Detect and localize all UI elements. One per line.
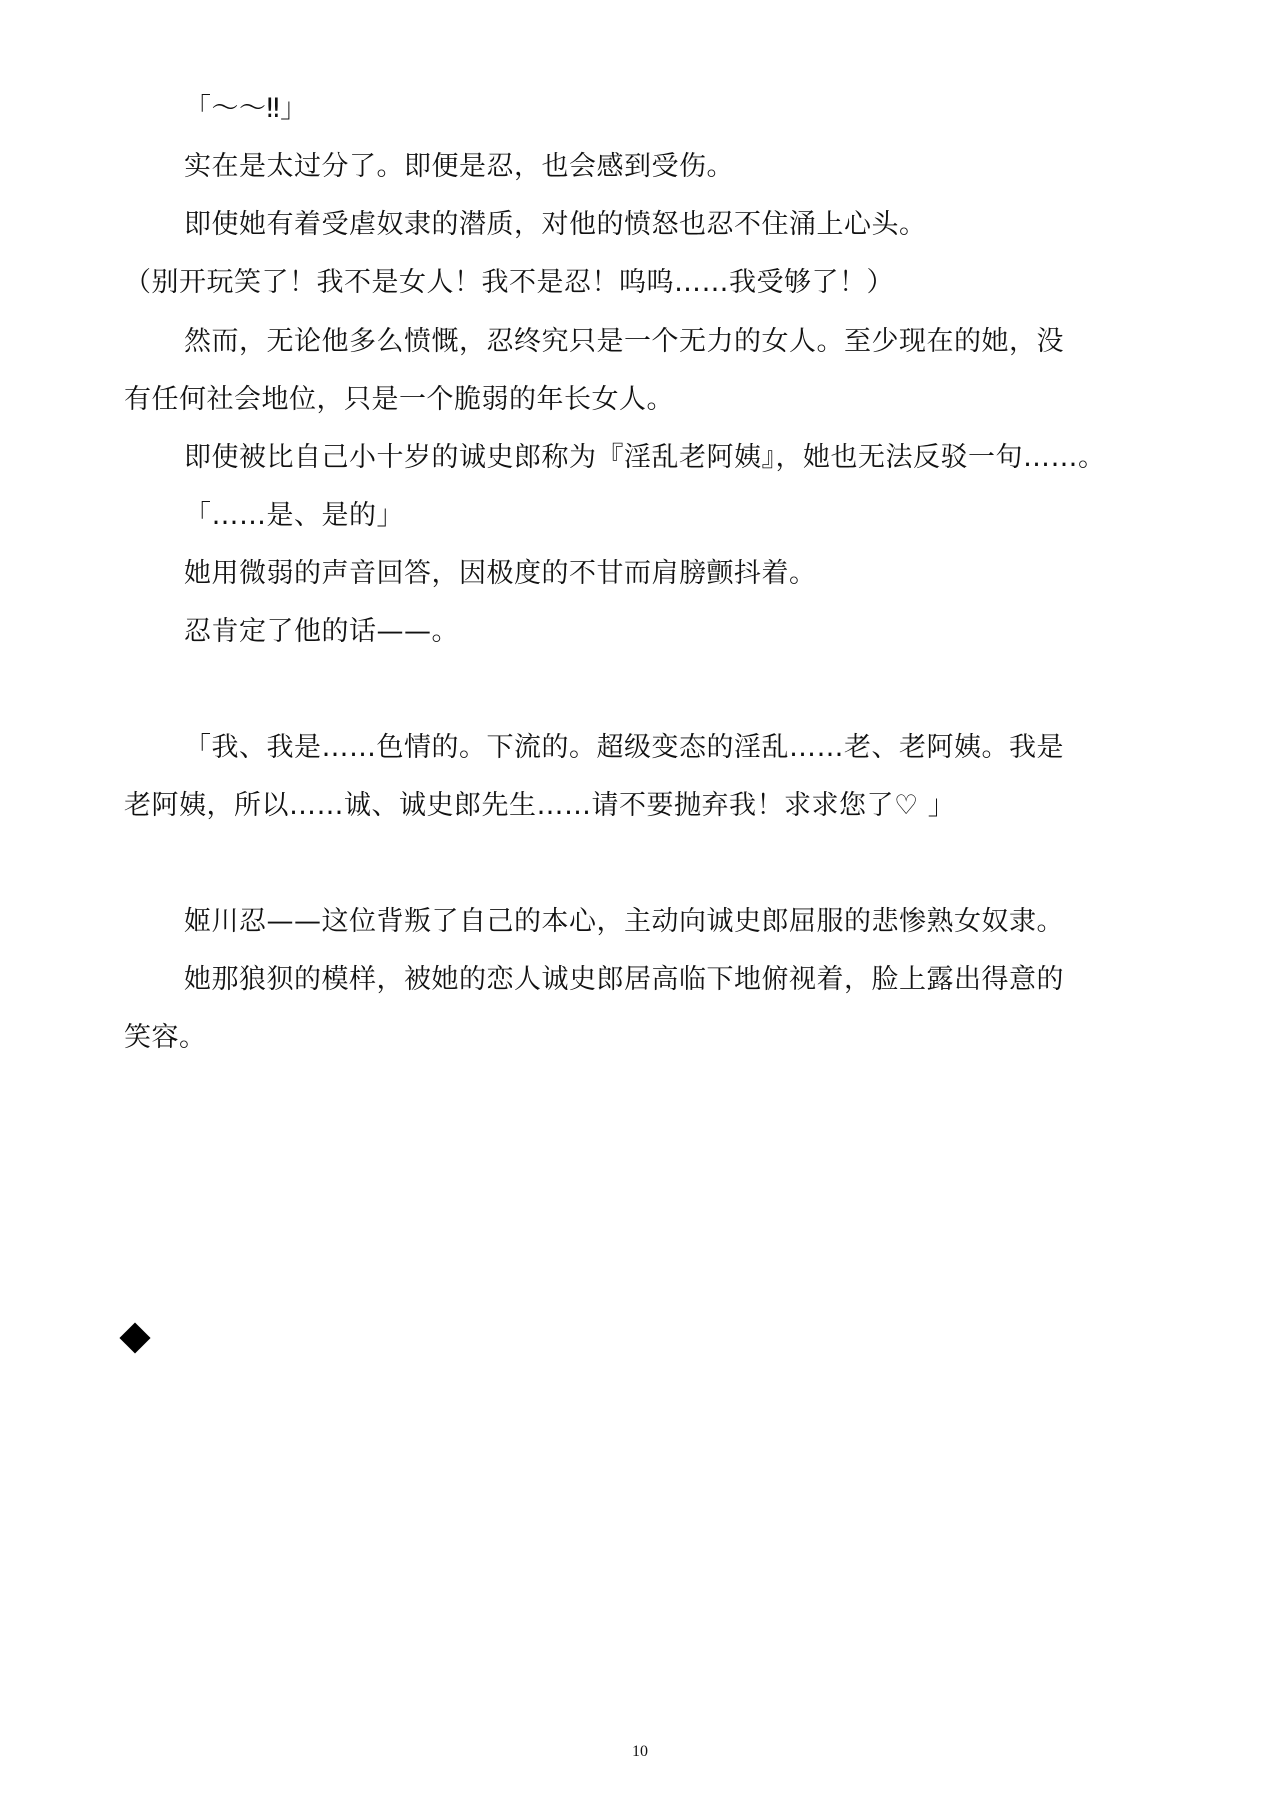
text-line: 她那狼狈的模样，被她的恋人诚史郎居高临下地俯视着，脸上露出得意的	[184, 963, 1064, 997]
text-line: （别开玩笑了！我不是女人！我不是忍！呜呜……我受够了！）	[124, 266, 894, 300]
text-line: 有任何社会地位，只是一个脆弱的年长女人。	[124, 383, 674, 417]
text-line: 她用微弱的声音回答，因极度的不甘而肩膀颤抖着。	[184, 557, 817, 591]
page-number: 10	[0, 1743, 1280, 1761]
text-line: 笑容。	[124, 1021, 207, 1055]
text-line: 即使被比自己小十岁的诚史郎称为『淫乱老阿姨』，她也无法反驳一句……。	[184, 441, 1106, 475]
document-page: 「～～‼」 实在是太过分了。即便是忍，也会感到受伤。 即使她有着受虐奴隶的潜质，…	[0, 0, 1280, 1810]
text-line: 「我、我是……色情的。下流的。超级变态的淫乱……老、老阿姨。我是	[184, 731, 1064, 765]
text-line: 即使她有着受虐奴隶的潜质，对他的愤怒也忍不住涌上心头。	[184, 208, 927, 242]
text-line: 姬川忍——这位背叛了自己的本心，主动向诚史郎屈服的悲惨熟女奴隶。	[184, 905, 1064, 939]
text-line: 老阿姨，所以……诚、诚史郎先生……请不要抛弃我！求求您了♡ 」	[124, 789, 955, 823]
text-line: 然而，无论他多么愤慨，忍终究只是一个无力的女人。至少现在的她，没	[184, 325, 1064, 359]
section-break-diamond-icon	[119, 1322, 150, 1353]
text-line: 实在是太过分了。即便是忍，也会感到受伤。	[184, 150, 734, 184]
text-line: 「～～‼」	[184, 92, 308, 126]
text-line: 忍肯定了他的话——。	[184, 615, 459, 649]
text-line: 「……是、是的」	[184, 499, 404, 533]
